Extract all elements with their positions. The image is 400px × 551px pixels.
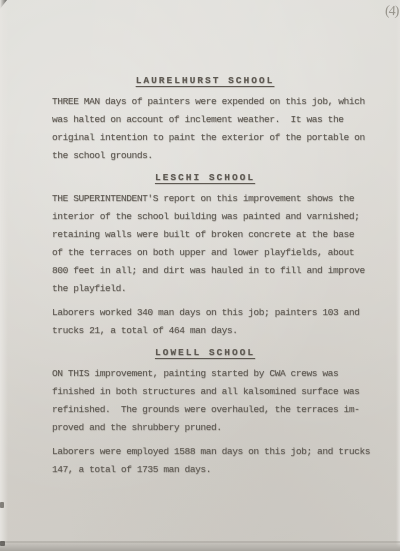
heading-leschi-school: LESCHI SCHOOL: [52, 171, 358, 184]
section-laurelhurst-school: LAURELHURST SCHOOL THREE MAN days of pai…: [52, 74, 382, 165]
section-lowell-school: LOWELL SCHOOL ON THIS improvement, paint…: [52, 346, 382, 479]
paragraph: Laborers were employed 1588 man days on …: [52, 443, 382, 479]
paragraph: Laborers worked 340 man days on this job…: [52, 304, 382, 340]
scanned-document: (4) LAURELHURST SCHOOL THREE MAN days of…: [0, 0, 400, 551]
heading-lowell-school: LOWELL SCHOOL: [52, 346, 358, 359]
paragraph: THE SUPERINTENDENT'S report on this impr…: [52, 190, 382, 298]
section-leschi-school: LESCHI SCHOOL THE SUPERINTENDENT'S repor…: [52, 171, 382, 340]
heading-laurelhurst-school: LAURELHURST SCHOOL: [52, 74, 358, 87]
page-content: LAURELHURST SCHOOL THREE MAN days of pai…: [0, 0, 400, 551]
paragraph: ON THIS improvement, painting started by…: [52, 365, 382, 437]
paragraph: THREE MAN days of painters were expended…: [52, 93, 382, 165]
document-page: (4) LAURELHURST SCHOOL THREE MAN days of…: [0, 0, 400, 551]
